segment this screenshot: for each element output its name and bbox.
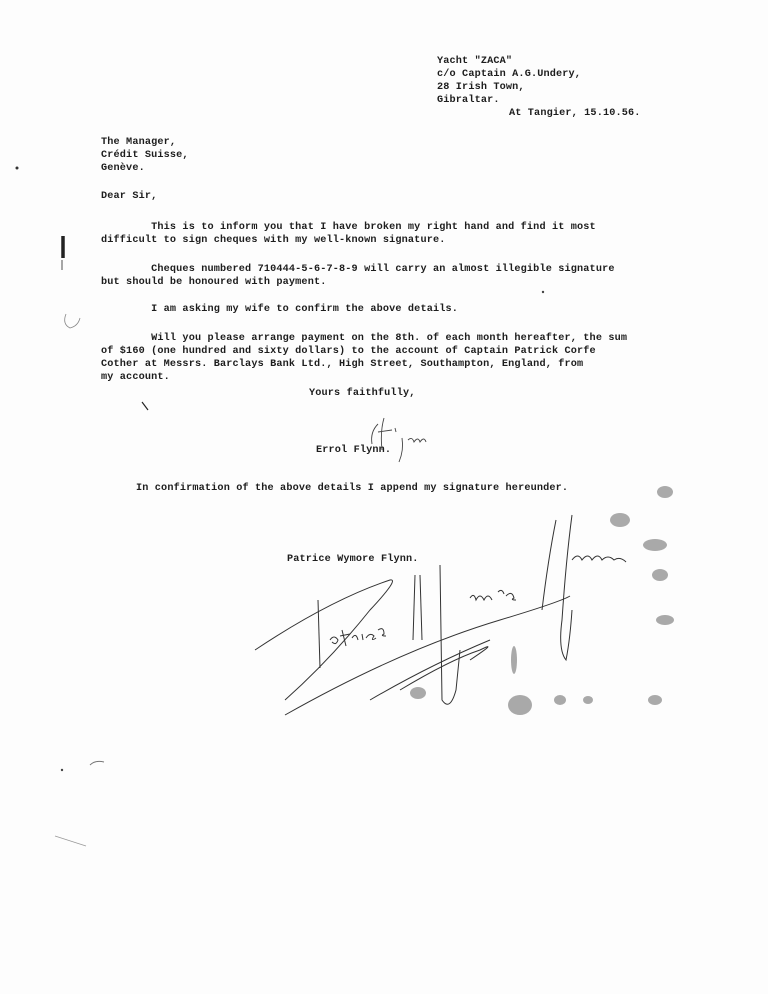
recipient-line-1: The Manager, bbox=[101, 136, 176, 149]
paragraph-4-line-3: Cother at Messrs. Barclays Bank Ltd., Hi… bbox=[101, 358, 583, 371]
salutation: Dear Sir, bbox=[101, 190, 157, 203]
paragraph-3-line-1: I am asking my wife to confirm the above… bbox=[101, 303, 458, 316]
sender-address-line-3: 28 Irish Town, bbox=[437, 81, 525, 94]
confirmation-statement: In confirmation of the above details I a… bbox=[136, 482, 568, 495]
paragraph-1-line-2: difficult to sign cheques with my well-k… bbox=[101, 234, 446, 247]
signatory-name: Errol Flynn. bbox=[316, 444, 391, 457]
paragraph-2-line-1: Cheques numbered 710444-5-6-7-8-9 will c… bbox=[101, 263, 615, 276]
sender-address-line-2: c/o Captain A.G.Undery, bbox=[437, 68, 581, 81]
sender-address-line-4: Gibraltar. bbox=[437, 94, 500, 107]
recipient-line-3: Genève. bbox=[101, 162, 145, 175]
paragraph-4-line-4: my account. bbox=[101, 371, 170, 384]
patrice-flynn-signature bbox=[255, 515, 626, 715]
paragraph-1-line-1: This is to inform you that I have broken… bbox=[101, 221, 596, 234]
paragraph-4-line-1: Will you please arrange payment on the 8… bbox=[101, 332, 627, 345]
paragraph-2-line-2: but should be honoured with payment. bbox=[101, 276, 327, 289]
second-signatory-name: Patrice Wymore Flynn. bbox=[287, 553, 419, 566]
paragraph-4-line-2: of $160 (one hundred and sixty dollars) … bbox=[101, 345, 596, 358]
recipient-line-2: Crédit Suisse, bbox=[101, 149, 189, 162]
closing: Yours faithfully, bbox=[309, 387, 415, 400]
place-date: At Tangier, 15.10.56. bbox=[509, 107, 641, 120]
sender-address-line-1: Yacht "ZACA" bbox=[437, 55, 512, 68]
scan-artifacts bbox=[410, 486, 674, 715]
scanned-letter-page: Yacht "ZACA" c/o Captain A.G.Undery, 28 … bbox=[0, 0, 768, 994]
